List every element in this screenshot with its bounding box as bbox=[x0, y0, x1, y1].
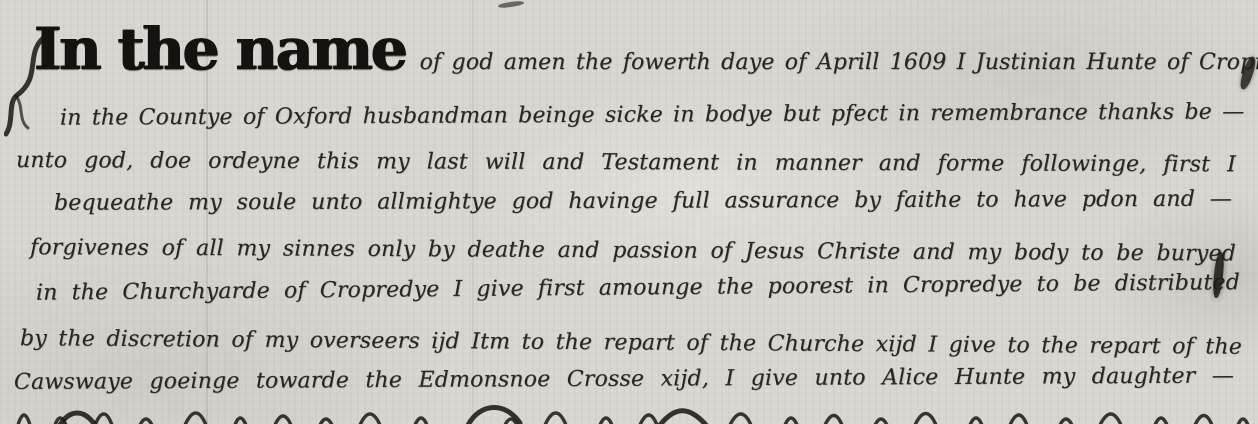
manuscript-line: bequeathe my soule unto allmightye god h… bbox=[0, 185, 1258, 219]
manuscript-line: forgivenes of all my sinnes only by deat… bbox=[0, 233, 1258, 270]
manuscript-line: In the nameof god amen the fowerth daye … bbox=[0, 8, 1258, 94]
manuscript-line: in the Countye of Oxford husbandman bein… bbox=[0, 97, 1258, 134]
manuscript-line: by the discretion of my overseers ijd It… bbox=[0, 324, 1258, 363]
manuscript-line: Cawswaye goeinge towarde the Edmonsnoe C… bbox=[0, 361, 1258, 398]
cutoff-line-ink-strokes bbox=[0, 401, 1258, 424]
manuscript-line: in the Churchyarde of Cropredye I give f… bbox=[0, 268, 1258, 309]
manuscript-line-text: of god amen the fowerth daye of Aprill 1… bbox=[420, 50, 1258, 75]
opening-words-blackletter: In the name bbox=[34, 15, 420, 83]
manuscript-line: unto god, doe ordeyne this my last will … bbox=[0, 146, 1258, 180]
manuscript-page: In the nameof god amen the fowerth daye … bbox=[0, 0, 1258, 424]
